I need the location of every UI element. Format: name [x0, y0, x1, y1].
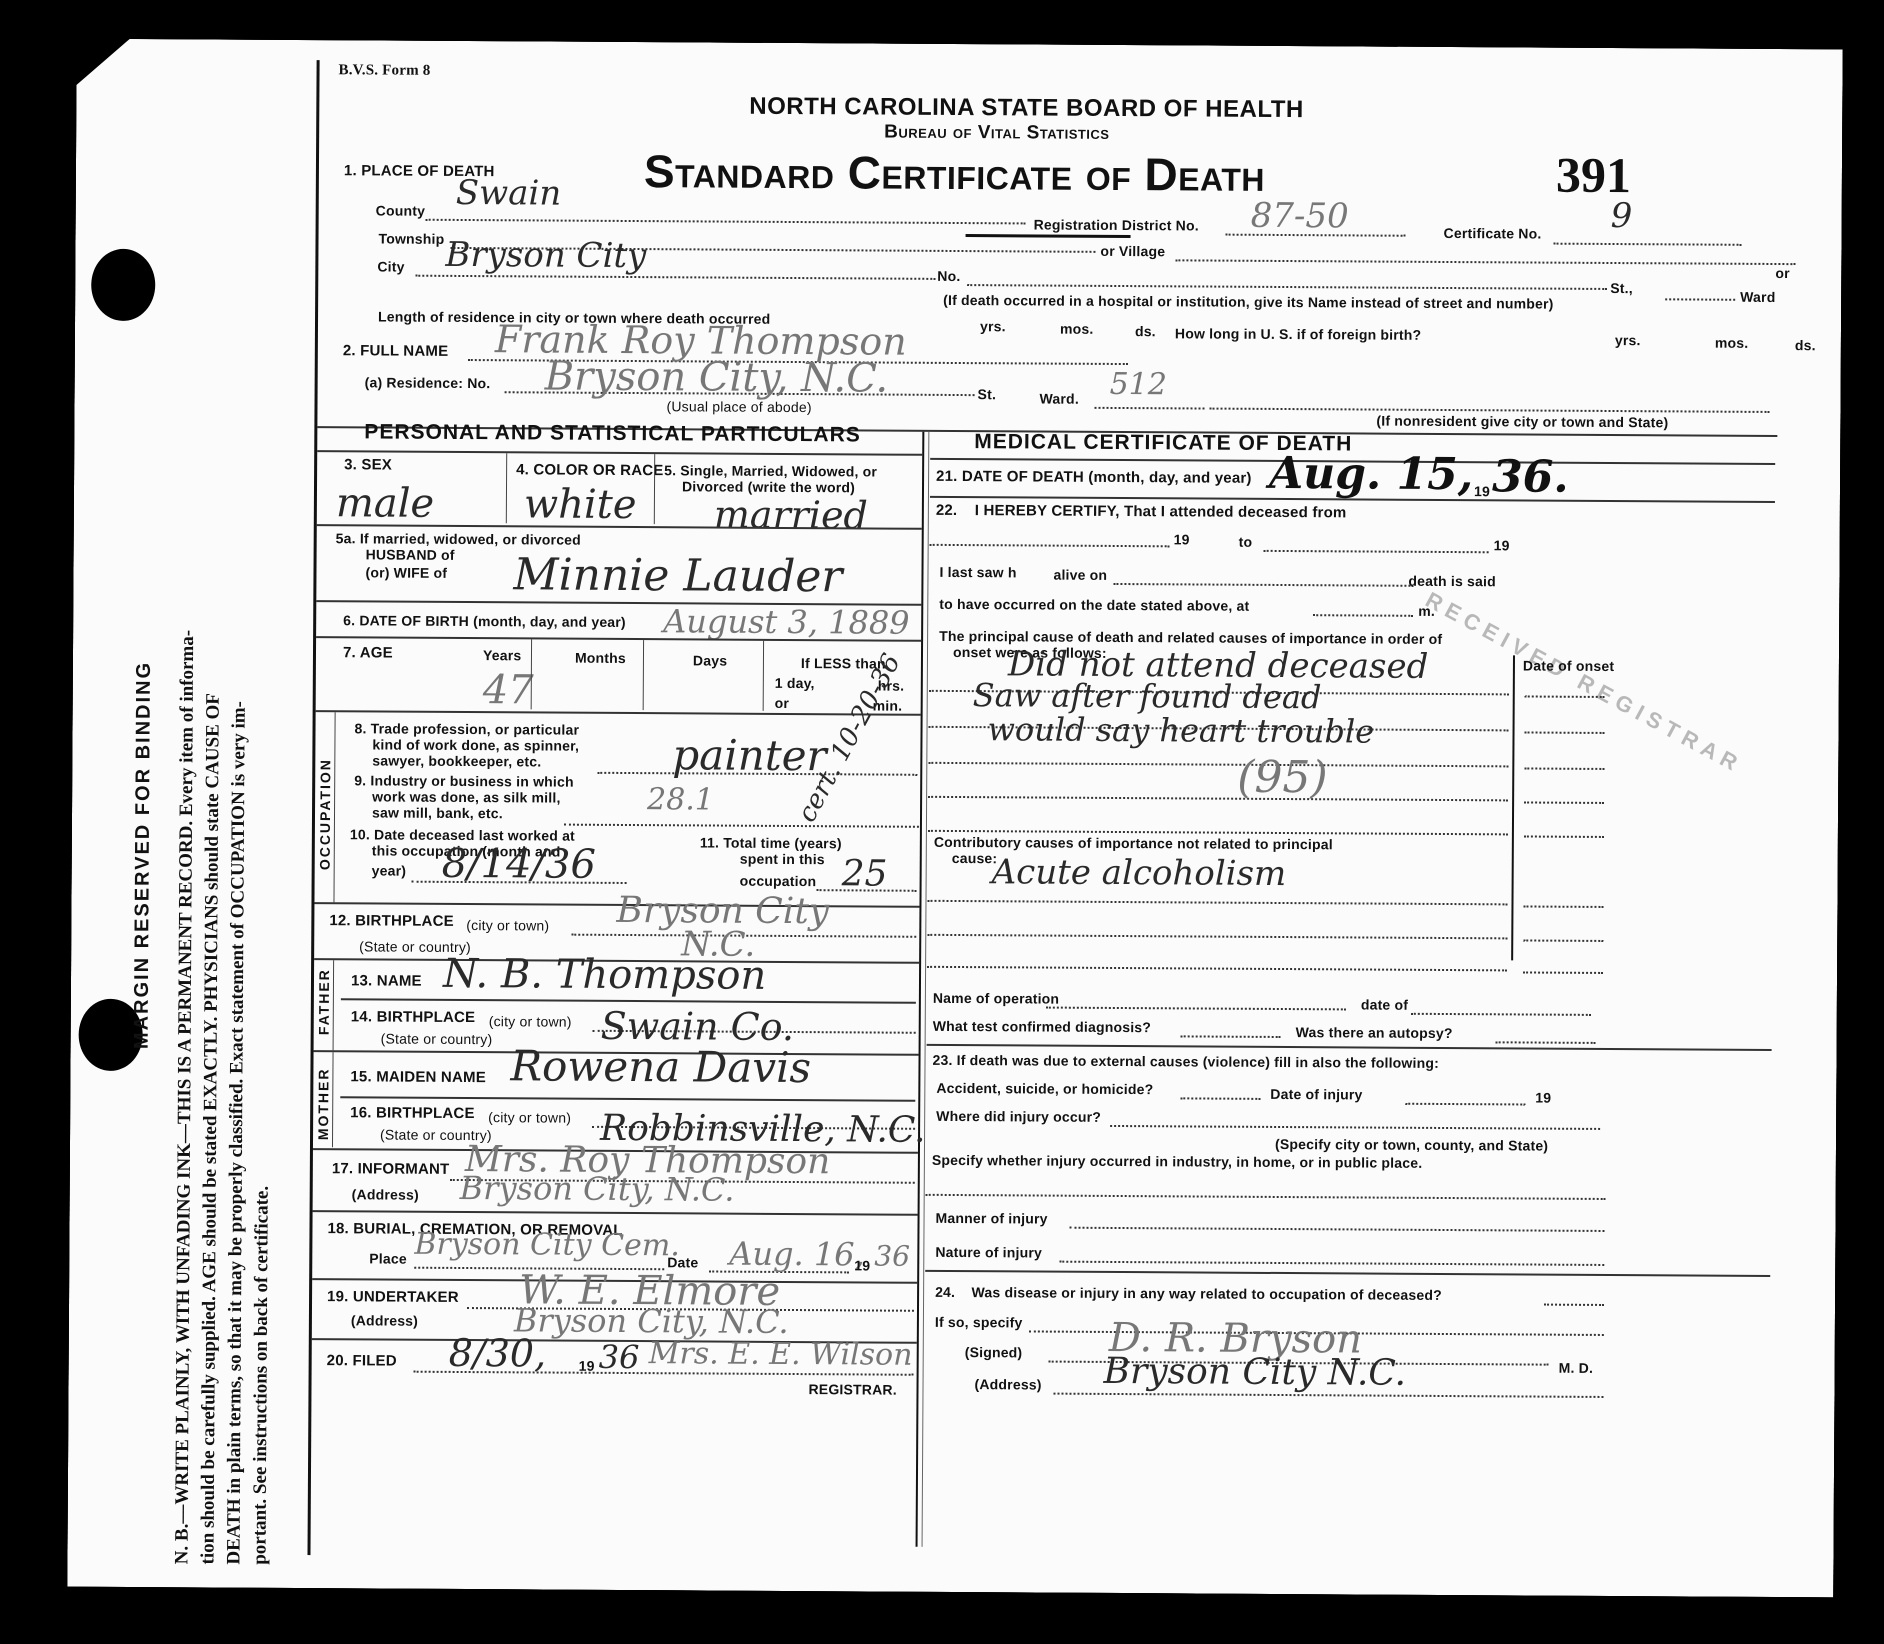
mother-name-value[interactable]: Rowena Davis — [510, 1041, 811, 1092]
accident-line — [1180, 1097, 1260, 1099]
if-so-label: If so, specify — [935, 1314, 1023, 1331]
residence-value[interactable]: Bryson City, N.C. — [545, 353, 889, 401]
contributory-rule-2 — [927, 934, 1507, 940]
city-line — [415, 275, 935, 280]
sex-label: 3. SEX — [344, 456, 392, 473]
spouse-label-3: (or) WIFE of — [365, 564, 447, 580]
death-said-label: death is said — [1408, 573, 1496, 590]
residence-ward-label: Ward. — [1040, 391, 1079, 407]
age-years-label: Years — [483, 647, 521, 663]
residence-mos: mos. — [1060, 321, 1094, 337]
certificate-number-label: Certificate No. — [1444, 225, 1542, 242]
undertaker-address-value[interactable]: Bryson City, N.C. — [514, 1301, 789, 1341]
occupation-side-label: OCCUPATION — [317, 758, 334, 870]
filed-year-prefix: 19 — [579, 1358, 595, 1374]
test-line — [1181, 1035, 1281, 1038]
onset-rule-8 — [1523, 971, 1603, 973]
attended-to-line — [1264, 550, 1489, 553]
contributory-value[interactable]: Acute alcoholism — [992, 852, 1287, 894]
burial-place-label: Place — [369, 1250, 407, 1266]
industry-label-3: saw mill, bank, etc. — [372, 804, 503, 821]
filed-value[interactable]: 8/30, — [449, 1331, 547, 1376]
date-injury-label: Date of injury — [1270, 1086, 1362, 1103]
or-min-label: or — [775, 695, 790, 711]
street-suffix-label: St., — [1610, 280, 1633, 296]
father-side-label: FATHER — [316, 968, 332, 1035]
alive-on-line — [1113, 583, 1413, 587]
one-day-label: 1 day, — [775, 675, 815, 691]
personal-section-title: PERSONAL AND STATISTICAL PARTICULARS — [364, 420, 861, 447]
row-rule-age — [316, 710, 921, 716]
nonresident-line — [1209, 408, 1769, 413]
contributory-rule-3 — [927, 966, 1507, 972]
injury-where-line — [1110, 1125, 1600, 1130]
mother-name-rule — [340, 1096, 915, 1102]
form-id: B.V.S. Form 8 — [339, 62, 431, 80]
age-days-label: Days — [693, 652, 727, 668]
operation-date-line — [1411, 1013, 1591, 1016]
burial-year-prefix: 19 — [854, 1257, 870, 1273]
village-label: or Village — [1100, 243, 1165, 259]
autopsy-label: Was there an autopsy? — [1296, 1024, 1453, 1041]
md-label: M. D. — [1559, 1360, 1594, 1376]
county-field-line — [426, 219, 1026, 225]
total-time-label-1: 11. Total time (years) — [700, 834, 842, 851]
street-number-label: No. — [937, 268, 960, 284]
occupation-related-label: 24. Was disease or injury in any way rel… — [935, 1284, 1442, 1303]
injury-where-label: Where did injury occur? — [936, 1108, 1101, 1125]
age-col-divider-3 — [763, 641, 764, 711]
date-of-death-value[interactable]: Aug. 15, — [1269, 448, 1473, 500]
last-worked-label-3: year) — [372, 862, 407, 878]
manner-label: Manner of injury — [936, 1210, 1048, 1227]
cause-rule-4 — [928, 796, 1508, 802]
onset-rule-6 — [1523, 905, 1603, 907]
father-birthplace-city-town: (city or town) — [489, 1013, 572, 1030]
mother-birthplace-label: 16. BIRTHPLACE — [350, 1104, 475, 1122]
filed-label: 20. FILED — [327, 1352, 397, 1369]
dob-value[interactable]: August 3, 1889 — [663, 602, 910, 642]
death-certificate: MARGIN RESERVED FOR BINDING N. B.—WRITE … — [67, 39, 1842, 1598]
date-of-death-year[interactable]: 36. — [1492, 451, 1569, 502]
operation-line — [1046, 1007, 1346, 1011]
street-line — [967, 284, 1607, 290]
instructions-line-4: portant. See instructions on back of cer… — [247, 1186, 275, 1565]
injury-setting-line — [926, 1194, 1606, 1200]
filed-year-value[interactable]: 36 — [599, 1338, 640, 1376]
sex-race-divider — [506, 453, 507, 523]
county-value[interactable]: Swain — [456, 173, 562, 214]
foreign-birth-label: How long in U. S. if of foreign birth? — [1175, 325, 1421, 343]
ward-label: Ward — [1740, 289, 1775, 305]
test-label: What test confirmed diagnosis? — [933, 1018, 1151, 1035]
undertaker-address-label: (Address) — [351, 1312, 418, 1328]
cause-line-3[interactable]: would say heart trouble — [987, 710, 1374, 750]
mother-birthplace-city-town: (city or town) — [488, 1109, 571, 1126]
industry-line — [564, 824, 919, 828]
residence-ward-line — [1095, 407, 1205, 410]
date-of-death-label: 21. DATE OF DEATH (month, day, and year) — [936, 468, 1252, 487]
attended-to-year: 19 — [1494, 537, 1510, 553]
contributory-label-2: cause: — [952, 850, 998, 866]
ward-line — [1665, 298, 1735, 300]
certify-label: 22. I HEREBY CERTIFY, That I attended de… — [936, 502, 1347, 522]
spouse-label-2: HUSBAND of — [366, 546, 455, 563]
residence-ds: ds. — [1135, 323, 1156, 339]
occupation-side-divider — [333, 712, 335, 902]
onset-divider — [1511, 655, 1515, 960]
mother-name-label: 15. MAIDEN NAME — [350, 1068, 486, 1086]
marital-label-1: 5. Single, Married, Widowed, or — [664, 462, 877, 479]
trade-label-3: sawyer, bookkeeper, etc. — [372, 752, 541, 769]
father-birthplace-state-country: (State or country) — [381, 1030, 493, 1047]
binding-hole-top — [91, 249, 155, 321]
date-of-death-year-prefix: 19 — [1474, 483, 1490, 499]
attended-from-year: 19 — [1174, 531, 1190, 547]
date-injury-year: 19 — [1535, 1090, 1551, 1106]
father-name-value[interactable]: N. B. Thompson — [443, 951, 766, 999]
marital-value[interactable]: married — [714, 493, 868, 538]
spouse-label-1: 5a. If married, widowed, or divorced — [336, 530, 581, 547]
registrar-label: REGISTRAR. — [808, 1381, 896, 1398]
township-label: Township — [378, 230, 444, 246]
burial-year-value[interactable]: 36 — [874, 1240, 910, 1273]
onset-rule-4 — [1524, 801, 1604, 803]
age-col-divider-2 — [643, 640, 644, 710]
trade-label-1: 8. Trade profession, or particular — [354, 720, 579, 737]
row-rule-informant — [313, 1210, 918, 1216]
residence-ward-value[interactable]: 512 — [1110, 367, 1167, 402]
father-name-rule — [341, 998, 916, 1004]
physician-address-value[interactable]: Bryson City N.C. — [1103, 1351, 1406, 1394]
or-label: or — [1775, 265, 1790, 281]
total-time-value[interactable]: 25 — [842, 853, 888, 894]
registration-district-label: Registration District No. — [1034, 216, 1199, 233]
external-causes-label: 23. If death was due to external causes … — [932, 1052, 1439, 1071]
race-marital-divider — [654, 454, 655, 524]
trade-label-2: kind of work done, as spinner, — [372, 736, 579, 753]
onset-rule-5 — [1524, 835, 1604, 837]
attended-from-line — [930, 544, 1170, 547]
alive-on-label: alive on — [1053, 567, 1107, 583]
foreign-ds: ds. — [1795, 337, 1816, 353]
total-time-label-2: spent in this — [740, 851, 825, 868]
city-label: City — [377, 258, 404, 274]
hospital-note: (If death occurred in a hospital or inst… — [943, 292, 1553, 312]
last-worked-value[interactable]: 8/14/36 — [442, 841, 596, 888]
county-label: County — [376, 202, 426, 218]
cause-rule-3 — [928, 762, 1508, 768]
mother-side-label: MOTHER — [315, 1067, 331, 1140]
father-birthplace-label: 14. BIRTHPLACE — [351, 1008, 476, 1026]
accident-label: Accident, suicide, or homicide? — [936, 1080, 1153, 1097]
industry-label-1: 9. Industry or business in which — [354, 772, 574, 789]
physician-address-label: (Address) — [974, 1376, 1041, 1392]
physician-address-line — [1053, 1393, 1603, 1398]
residence-yrs: yrs. — [980, 318, 1006, 334]
residence-st-label: St. — [978, 386, 997, 402]
date-of-onset-label: Date of onset — [1523, 657, 1614, 674]
onset-rule-7 — [1523, 939, 1603, 941]
birthplace-label: 12. BIRTHPLACE — [329, 912, 454, 930]
undertaker-label: 19. UNDERTAKER — [327, 1288, 459, 1306]
occurred-at-line — [1313, 614, 1413, 617]
father-side-divider — [333, 960, 335, 1050]
nonresident-note: (If nonresident give city or town and St… — [1376, 413, 1668, 431]
birthplace-city-town: (city or town) — [466, 917, 549, 934]
date-injury-line — [1405, 1103, 1525, 1106]
informant-label: 17. INFORMANT — [332, 1160, 450, 1178]
last-saw-label: I last saw h — [939, 564, 1016, 580]
mother-side-divider — [332, 1052, 334, 1147]
registrar-value[interactable]: Mrs. E. E. Wilson — [649, 1336, 913, 1373]
operation-label: Name of operation — [933, 990, 1059, 1007]
informant-address-label: (Address) — [352, 1186, 419, 1202]
total-time-label-3: occupation — [740, 873, 817, 889]
cause-code: (95) — [1237, 752, 1328, 804]
occupation-related-line — [1544, 1304, 1604, 1306]
attended-to-label: to — [1239, 534, 1253, 550]
autopsy-line — [1496, 1041, 1596, 1044]
village-line — [1175, 259, 1795, 265]
dob-label: 6. DATE OF BIRTH (month, day, and year) — [343, 612, 626, 630]
age-months-label: Months — [575, 650, 626, 666]
certificate-number-line — [1554, 243, 1742, 246]
industry-label-2: work was done, as silk mill, — [372, 788, 561, 805]
row-rule-autopsy — [927, 1044, 1772, 1051]
city-value[interactable]: Bryson City — [445, 235, 646, 276]
manner-line — [1069, 1227, 1604, 1232]
agency-title: NORTH CAROLINA STATE BOARD OF HEALTH — [749, 93, 1304, 124]
burial-place-value[interactable]: Bryson City Cem. — [414, 1227, 680, 1264]
industry-code: 28.1 — [647, 782, 714, 817]
age-years-value[interactable]: 47 — [483, 667, 534, 713]
binding-margin-label: MARGIN RESERVED FOR BINDING — [131, 661, 156, 1049]
foreign-yrs: yrs. — [1615, 332, 1641, 348]
certificate-number-value[interactable]: 9 — [1611, 196, 1633, 236]
signed-label: (Signed) — [965, 1344, 1023, 1360]
race-value[interactable]: white — [524, 481, 637, 528]
row-rule-nature — [925, 1270, 1770, 1277]
occurred-m-label: m. — [1418, 603, 1435, 619]
father-name-label: 13. NAME — [351, 972, 422, 989]
spouse-value[interactable]: Minnie Lauder — [513, 549, 842, 602]
specify-place-note: (Specify city or town, county, and State… — [1275, 1136, 1548, 1154]
sex-value[interactable]: male — [336, 480, 435, 527]
operation-date-label: date of — [1361, 996, 1408, 1012]
age-label: 7. AGE — [343, 644, 393, 661]
trade-value[interactable]: painter — [672, 730, 827, 780]
residence-label: (a) Residence: No. — [365, 374, 491, 391]
bureau-title: Bureau of Vital Statistics — [884, 122, 1109, 145]
contributory-rule-1 — [927, 900, 1507, 906]
usual-abode-note: (Usual place of abode) — [666, 398, 811, 415]
occurred-at-label: to have occurred on the date stated abov… — [939, 596, 1249, 614]
title-underline — [966, 234, 1131, 238]
race-label: 4. COLOR OR RACE — [516, 461, 663, 479]
certificate-title: Standard Certificate of Death — [644, 144, 1265, 202]
informant-address-value[interactable]: Bryson City, N.C. — [460, 1169, 735, 1209]
personal-header-rule — [317, 450, 922, 456]
nature-label: Nature of injury — [935, 1244, 1042, 1261]
foreign-mos: mos. — [1715, 335, 1749, 351]
registration-district-value[interactable]: 87-50 — [1251, 196, 1349, 237]
burial-date-value[interactable]: Aug. 16, — [729, 1235, 865, 1274]
full-name-label: 2. FULL NAME — [343, 342, 449, 360]
nature-line — [1059, 1261, 1604, 1266]
injury-setting-label: Specify whether injury occurred in indus… — [932, 1152, 1423, 1171]
